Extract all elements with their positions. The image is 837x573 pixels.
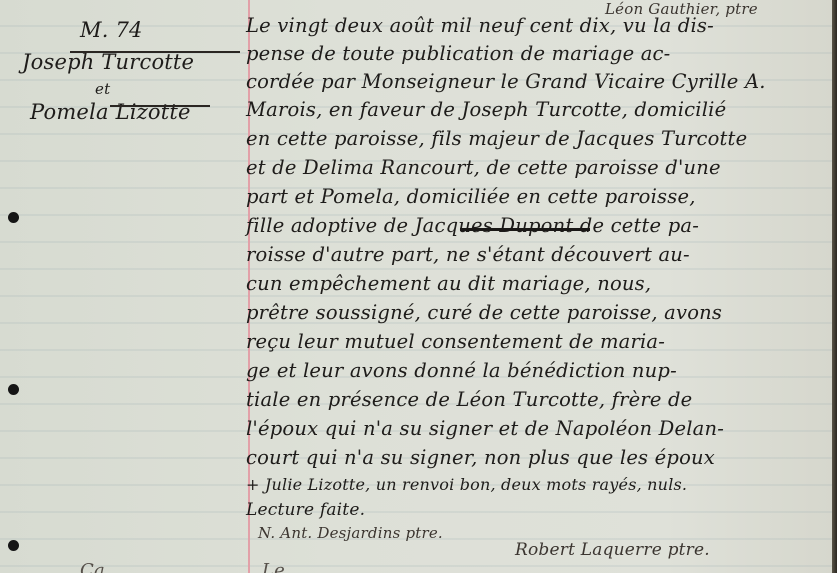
body-line: ge et leur avons donné la bénédiction nu… [246,359,677,382]
margin-rule-mark [70,51,240,53]
body-line: part et Pomela, domiciliée en cette paro… [246,185,696,208]
witness-signature: N. Ant. Desjardins ptre. [258,524,443,542]
partial-body-text: Le ... [262,560,309,573]
body-line: Marois, en faveur de Joseph Turcotte, do… [246,98,726,121]
punch-hole-icon [8,384,19,395]
body-line: tiale en présence de Léon Turcotte, frèr… [246,388,692,411]
bride-name: Pomela Lizotte [30,100,191,124]
strikethrough-mark [460,228,590,231]
officiant-signature: Robert Laquerre ptre. [515,540,710,560]
page-edge-shadow [832,0,837,573]
punch-hole-icon [8,540,19,551]
body-line: Le vingt deux août mil neuf cent dix, vu… [246,14,714,37]
punch-hole-icon [8,212,19,223]
body-line: roisse d'autre part, ne s'étant découver… [246,243,690,266]
margin-rule-mark [110,105,210,107]
conjunction: et [95,80,110,98]
body-line: en cette paroisse, fils majeur de Jacque… [246,127,747,150]
body-line: Lecture faite. [246,500,365,520]
body-line: + Julie Lizotte, un renvoi bon, deux mot… [246,475,687,494]
body-line: l'époux qui n'a su signer et de Napoléon… [246,417,724,440]
body-line: prêtre soussigné, curé de cette paroisse… [246,301,722,324]
body-line: pense de toute publication de mariage ac… [246,42,670,65]
body-line: cordée par Monseigneur le Grand Vicaire … [246,70,766,93]
body-line: cun empêchement au dit mariage, nous, [246,272,651,295]
groom-name: Joseph Turcotte [22,50,194,74]
body-line: reçu leur mutuel consentement de maria- [246,330,665,353]
body-line: fille adoptive de Jacques Dupont de cett… [246,214,699,237]
partial-margin-text: Ca [80,560,105,573]
body-line: et de Delima Rancourt, de cette paroisse… [246,156,721,179]
entry-number: M. 74 [80,18,143,42]
body-line: court qui n'a su signer, non plus que le… [246,446,715,469]
